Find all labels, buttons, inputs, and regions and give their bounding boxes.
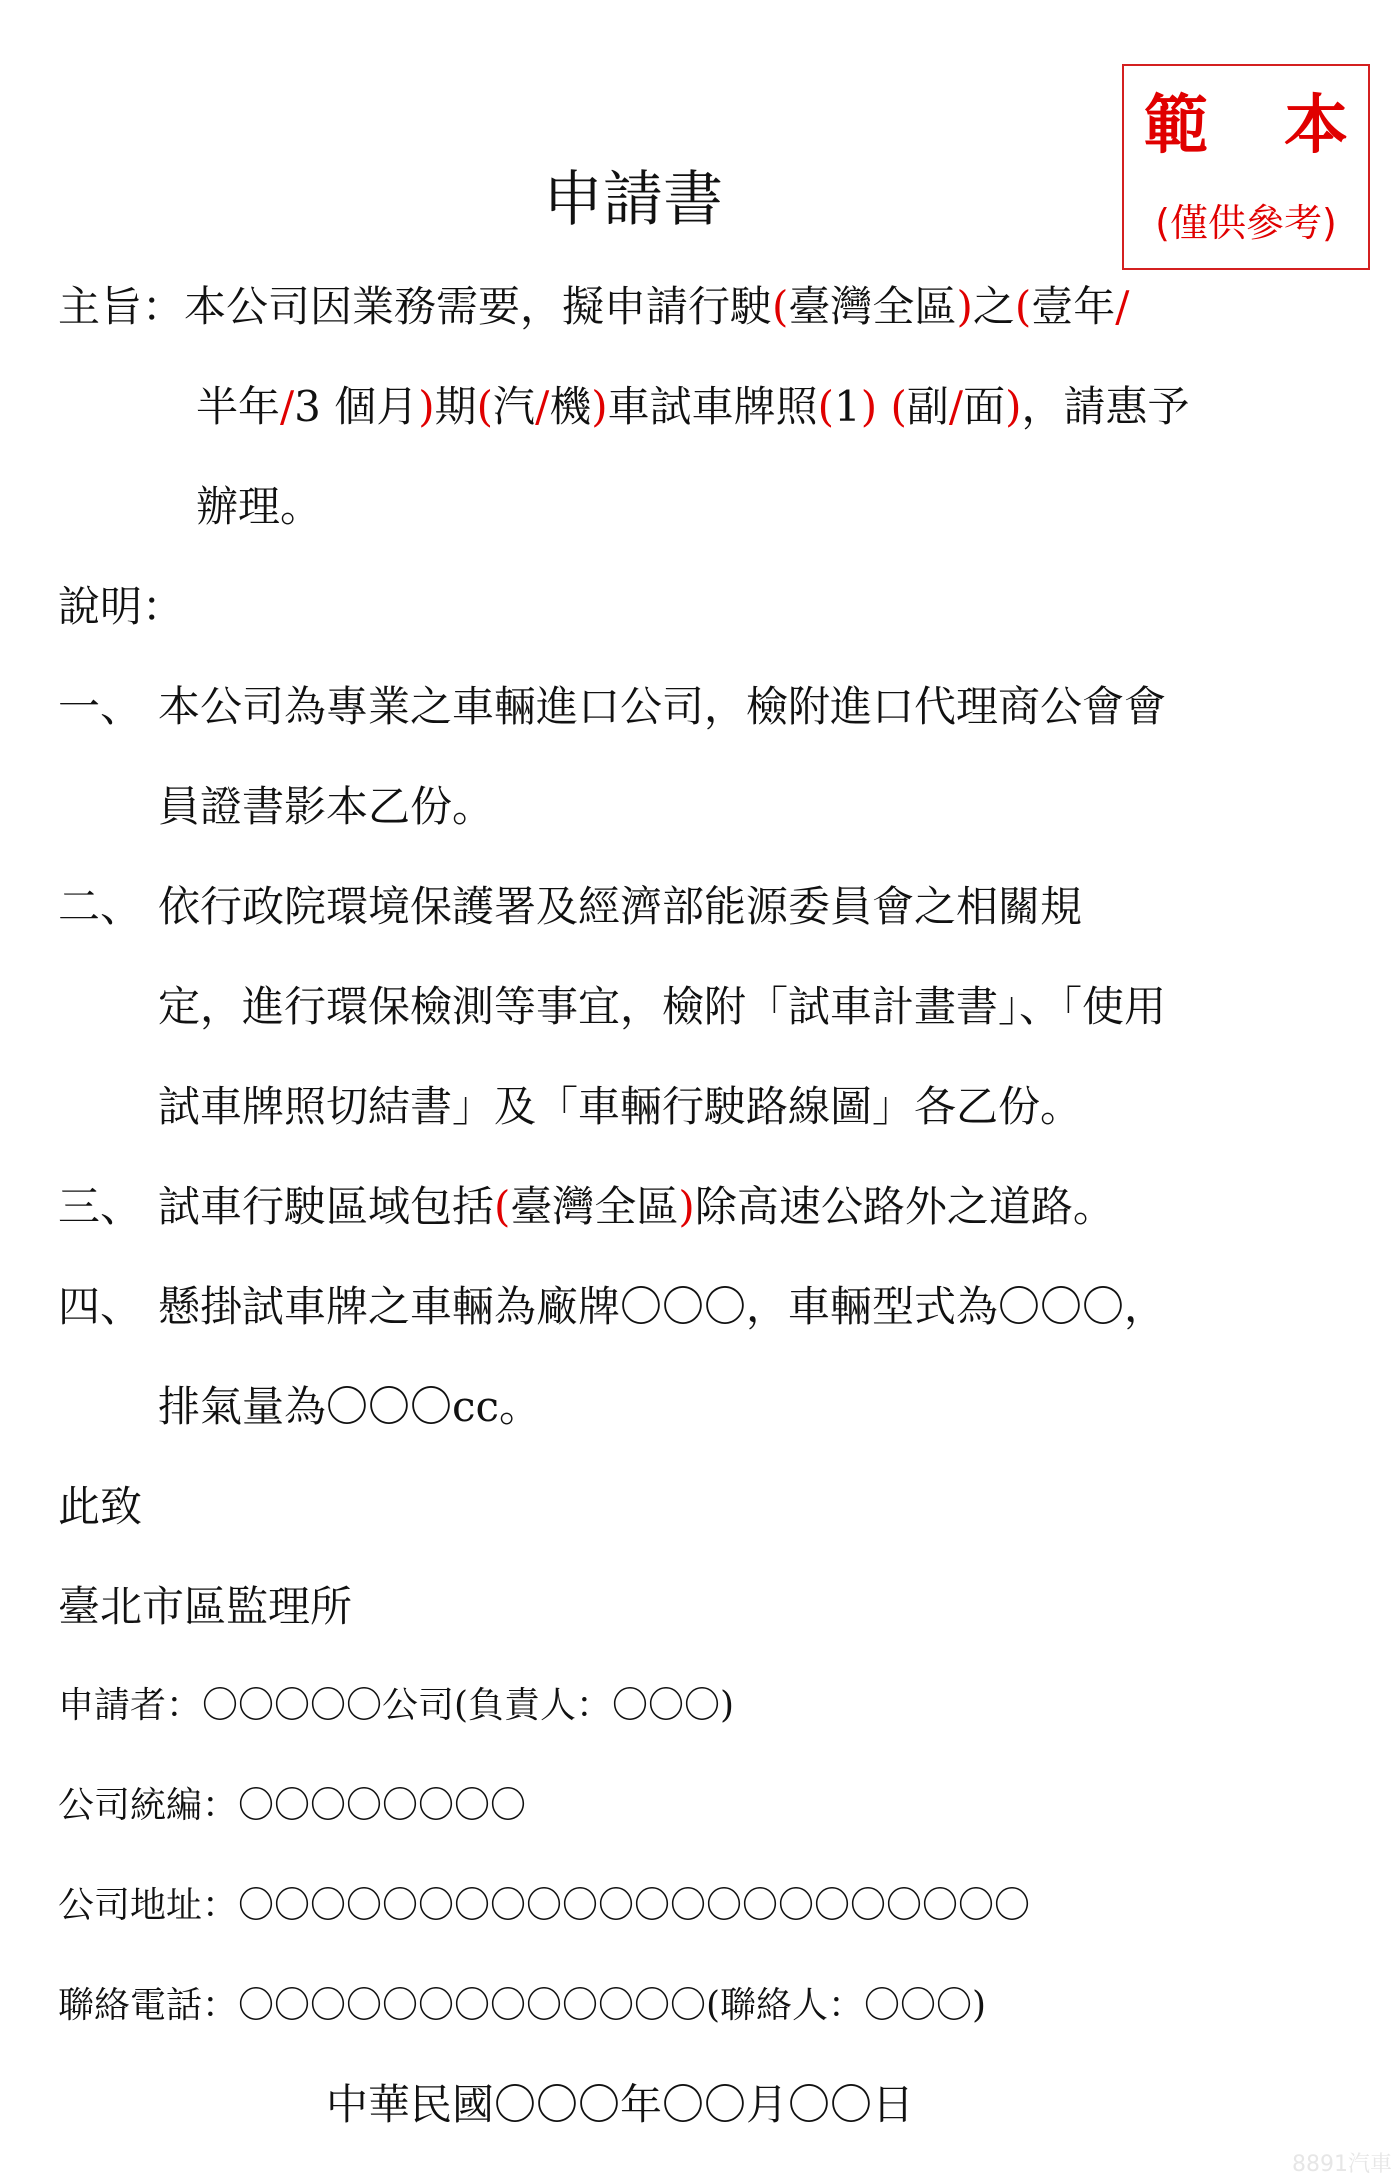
red-mark: ) bbox=[418, 382, 434, 431]
address-line: 公司地址：〇〇〇〇〇〇〇〇〇〇〇〇〇〇〇〇〇〇〇〇〇〇 bbox=[58, 1888, 1030, 1924]
stamp-char-1: 範 bbox=[1144, 94, 1208, 158]
text: 汽 bbox=[493, 382, 535, 431]
red-mark: ) bbox=[1005, 382, 1021, 431]
subject-line-3: 辦理。 bbox=[196, 486, 322, 528]
red-mark: / bbox=[280, 382, 294, 431]
text: 臺灣全區 bbox=[788, 282, 956, 331]
text: 機 bbox=[549, 382, 591, 431]
red-mark: ) bbox=[591, 382, 607, 431]
red-mark: ( bbox=[1015, 282, 1031, 331]
text: 本公司因業務需要，擬申請行駛 bbox=[184, 282, 772, 331]
watermark-logo: 8891汽車 bbox=[1292, 2147, 1392, 2178]
item-1-line-1: 本公司為專業之車輛進口公司，檢附進口代理商公會會 bbox=[158, 686, 1166, 728]
red-mark: / bbox=[949, 382, 963, 431]
text: 臺灣全區 bbox=[510, 1182, 678, 1231]
red-mark: ( bbox=[891, 382, 907, 431]
red-mark: ) bbox=[861, 382, 877, 431]
stamp-title: 範 本 bbox=[1144, 94, 1348, 158]
closing: 此致 bbox=[58, 1486, 142, 1528]
red-mark: / bbox=[535, 382, 549, 431]
text: 半年 bbox=[196, 382, 280, 431]
explanation-label: 說明： bbox=[58, 586, 184, 628]
item-2-line-1: 依行政院環境保護署及經濟部能源委員會之相關規 bbox=[158, 886, 1082, 928]
phone-line: 聯絡電話：〇〇〇〇〇〇〇〇〇〇〇〇〇(聯絡人：〇〇〇) bbox=[58, 1988, 986, 2024]
text: 之 bbox=[973, 282, 1015, 331]
item-2-line-2: 定，進行環保檢測等事宜，檢附「試車計畫書」、「使用 bbox=[158, 986, 1166, 1028]
red-mark: ( bbox=[494, 1182, 510, 1231]
subject-line-1: 主旨：本公司因業務需要，擬申請行駛(臺灣全區)之(壹年/ bbox=[58, 286, 1129, 328]
text: 壹年 bbox=[1031, 282, 1115, 331]
text: 車試車牌照 bbox=[608, 382, 818, 431]
item-number-2: 二、 bbox=[58, 886, 142, 928]
item-1-line-2: 員證書影本乙份。 bbox=[158, 786, 494, 828]
text: 試車行駛區域包括 bbox=[158, 1182, 494, 1231]
item-4-line-1: 懸掛試車牌之車輛為廠牌〇〇〇，車輛型式為〇〇〇， bbox=[158, 1286, 1166, 1328]
item-2-line-3: 試車牌照切結書」及「車輛行駛路線圖」各乙份。 bbox=[158, 1086, 1082, 1128]
text: ，請惠予 bbox=[1021, 382, 1189, 431]
stamp-char-2: 本 bbox=[1284, 94, 1348, 158]
item-4-line-2: 排氣量為〇〇〇cc。 bbox=[158, 1386, 541, 1428]
red-mark: / bbox=[1115, 282, 1129, 331]
red-mark: ) bbox=[956, 282, 972, 331]
text: 除高速公路外之道路。 bbox=[695, 1182, 1115, 1231]
text: 期 bbox=[435, 382, 477, 431]
sample-stamp: 範 本 (僅供參考) bbox=[1122, 64, 1370, 270]
text: 副 bbox=[907, 382, 949, 431]
subject-label: 主旨： bbox=[58, 282, 184, 331]
item-number-4: 四、 bbox=[58, 1286, 142, 1328]
red-mark: ( bbox=[772, 282, 788, 331]
subject-line-2: 半年/3 個月)期(汽/機)車試車牌照(1) (副/面)，請惠予 bbox=[196, 386, 1190, 428]
text: 面 bbox=[963, 382, 1005, 431]
tax-id-line: 公司統編：〇〇〇〇〇〇〇〇 bbox=[58, 1788, 526, 1824]
item-3-line-1: 試車行駛區域包括(臺灣全區)除高速公路外之道路。 bbox=[158, 1186, 1115, 1228]
red-mark: ( bbox=[818, 382, 834, 431]
red-mark: ) bbox=[678, 1182, 694, 1231]
item-number-3: 三、 bbox=[58, 1186, 142, 1228]
date-line: 中華民國〇〇〇年〇〇月〇〇日 bbox=[326, 2084, 914, 2126]
text bbox=[877, 382, 890, 431]
document-title: 申請書 bbox=[0, 170, 1266, 230]
text: 1 bbox=[834, 382, 861, 431]
recipient: 臺北市區監理所 bbox=[58, 1586, 352, 1628]
red-mark: ( bbox=[477, 382, 493, 431]
applicant-line: 申請者：〇〇〇〇〇公司(負責人：〇〇〇) bbox=[58, 1688, 734, 1724]
item-number-1: 一、 bbox=[58, 686, 142, 728]
text: 3 個月 bbox=[294, 382, 418, 431]
